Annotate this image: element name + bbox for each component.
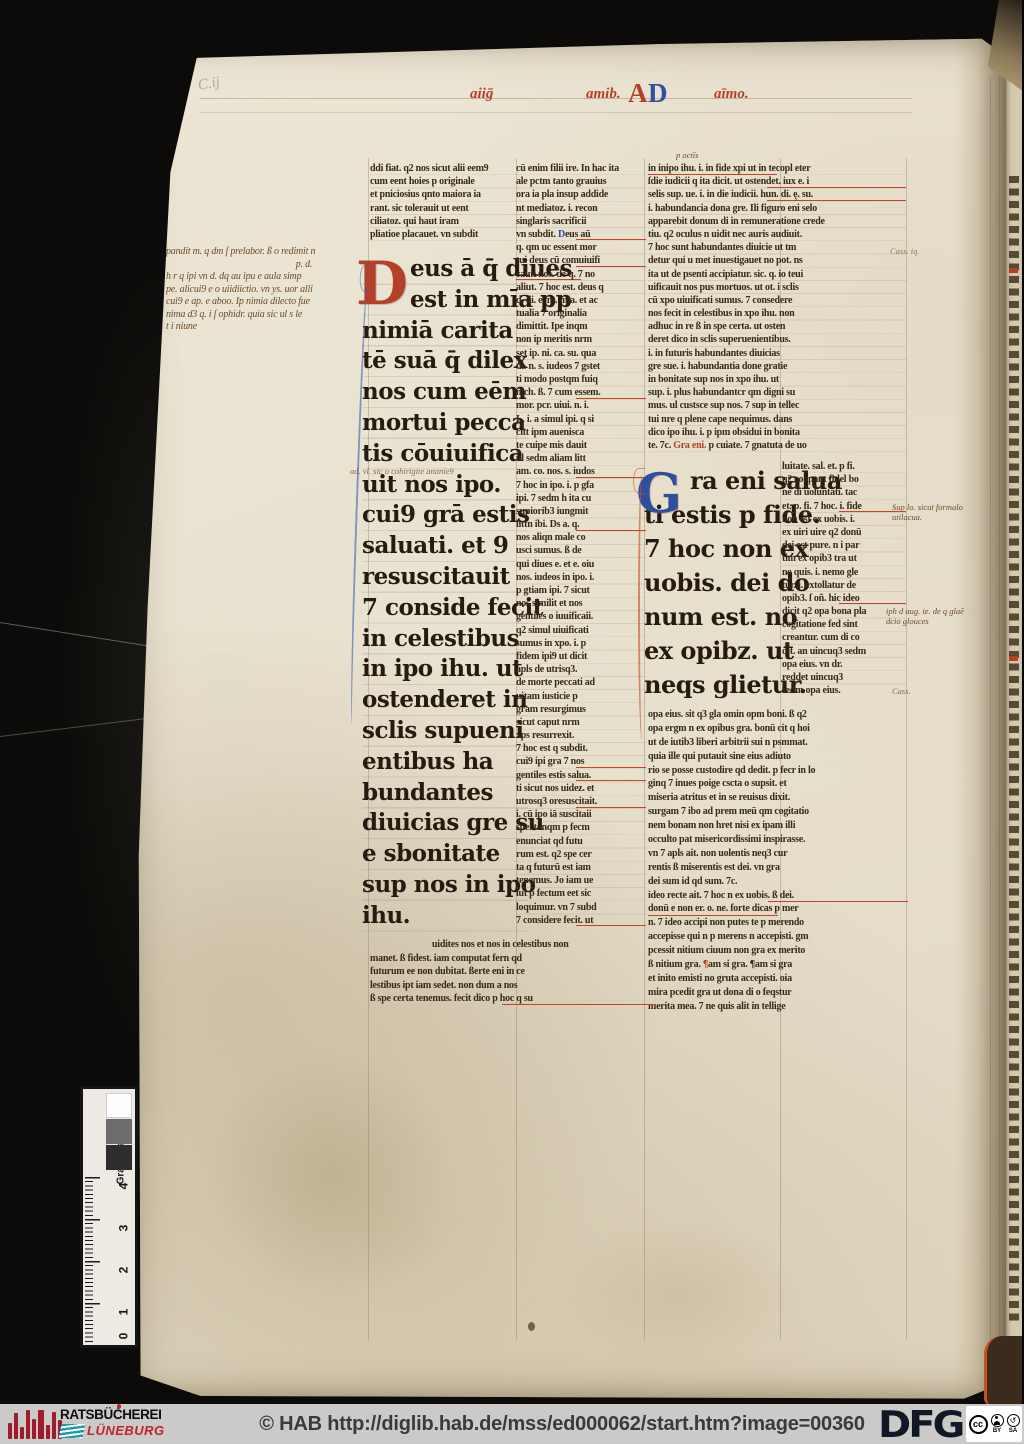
text-line: et. p. fi. 7 hoc. i. fide <box>782 500 906 513</box>
column-c-side-gloss: luitate. sal. et. p fi.q2 coopant fidel … <box>782 460 906 697</box>
text-line: ß spe certa tenemus. fecit dico p hoc q … <box>370 992 656 1006</box>
logo-pipe <box>38 1410 44 1439</box>
ink-blot <box>528 1322 535 1331</box>
next-folio-text-edge <box>1009 176 1019 1326</box>
text-line: detur qui u met inuestigauet no pot. ns <box>648 254 906 267</box>
text-line: uit nos ipo. <box>362 470 528 501</box>
text-line: i. habundancia dona gre. Ili figuro eni … <box>648 202 906 215</box>
text-line: cauit nos. de q. 7 no <box>516 268 646 281</box>
text-line: ul sedm aliam litt <box>516 452 646 465</box>
logo-pipe <box>46 1425 50 1439</box>
text-line: 4 <box>117 1183 131 1190</box>
text-line: e sbonitate <box>362 839 528 870</box>
patch-mid-gray <box>106 1119 132 1144</box>
text-line: merita mea. 7 ne quis alit in tellige <box>648 1000 908 1014</box>
text-line: diuicias gre su <box>362 808 528 839</box>
text-line: nos fecit in celestibus in xpo ihu. non <box>648 307 906 320</box>
text-line: nimiā carita <box>362 316 528 347</box>
text-line: 7 hoc est q subdit. <box>516 742 646 755</box>
text-line: uificauit nos pus mortuos. ut ot. i scli… <box>648 281 906 294</box>
text-line: i. in futuris habundantes diuicias <box>648 347 906 360</box>
text-line: ta q futurū est iam <box>516 861 646 874</box>
text-line: creantur. cum di co <box>782 631 906 644</box>
text-line: in inipo ihu. i. in fide xpi ut in tecop… <box>648 162 906 175</box>
copyright-url-text: © HAB http://diglib.hab.de/mss/ed000062/… <box>232 1413 892 1436</box>
text-line: sclis supueni <box>362 716 528 747</box>
text-line: q2 simul uiuificati <box>516 624 646 637</box>
text-line: tenemus. Jo iam ue <box>516 874 646 887</box>
pencil-folio-mark: C.ij <box>197 74 222 95</box>
text-line: de morte peccati ad <box>516 676 646 689</box>
text-line: q. qm uc essent mor <box>516 241 646 254</box>
text-line: est in mīa pp <box>410 285 528 316</box>
text-line: utrosq3 oresuscitait. <box>516 795 646 808</box>
text-line: pliatioe placauet. vn subdit <box>370 228 522 241</box>
text-line: sedm opa eius. <box>782 684 906 697</box>
text-line: fidem ipi9 ut dicit <box>516 650 646 663</box>
text-line: ideo recte ait. 7 hoc n ex uobis. ß dei. <box>648 889 908 903</box>
ruler-numbers: 43210 <box>111 1177 127 1345</box>
text-line: aliut. 7 hoc est. deus q <box>516 281 646 294</box>
text-line: cogitatione fed sint <box>782 618 906 631</box>
text-line: miseria atritus et in se reuisus dixit. <box>648 791 908 805</box>
text-line: nos. iudeos in ipo. i. <box>516 571 646 584</box>
logo-pipe <box>26 1410 30 1439</box>
text-line: apls de utrisq3. <box>516 663 646 676</box>
header-ruling-line <box>200 112 912 113</box>
logo-pipe <box>14 1413 18 1439</box>
text-line: nt mediatoz. i. recon <box>516 202 646 215</box>
text-line: di. n. s. iudeos 7 gstet <box>516 360 646 373</box>
text-line: dimittit. Ipe inqm <box>516 320 646 333</box>
column-c-bottom-gloss: opa eius. sit q3 gla omin opm boni. ß q2… <box>648 708 908 1014</box>
text-line: gentiles o iuuificaii. <box>516 610 646 623</box>
running-title-initial-d: D <box>648 78 668 109</box>
text-line: luitate. sal. et. p fi. <box>782 460 906 473</box>
text-line: vn 7 apls ait. non uolentis neq3 cur <box>648 847 908 861</box>
text-line: ex uiri uire q2 donū <box>782 526 906 539</box>
text-line: dicit q2 opa bona pla <box>782 605 906 618</box>
text-line: bundantes <box>362 778 528 809</box>
text-line: num est. no <box>644 600 790 634</box>
text-line: quia ille qui putauit sine eius adiuto <box>648 750 908 764</box>
text-line: 7 hoc sunt habundantes diuicie ut tm <box>648 241 906 254</box>
text-line: mortui pecca <box>362 408 528 439</box>
text-line: donū e non er. o. ne. forte dicas p mer <box>648 902 908 916</box>
text-line: deret dico in sclis superuenientibus. <box>648 333 906 346</box>
text-line: L. i. a simul ipi. q si <box>516 413 646 426</box>
text-line: cum eent hoies p originale <box>370 175 522 188</box>
text-line: gram resurgimus <box>516 703 646 716</box>
text-line: 0 <box>117 1333 131 1340</box>
text-line: d. di. e. m. mia. et ac <box>516 294 646 307</box>
text-line: selis sup. ue. i. in die iudicii. hun. d… <box>648 188 906 201</box>
text-line: n. 7 ideo accipi non putes te p merendo <box>648 916 908 930</box>
text-line: i. cū ipo iā suscitaii <box>516 808 646 821</box>
column-a-display-text: D eus ā q̄ diuesest in mīa ppnimiā carit… <box>362 254 528 932</box>
library-name: RATSBÜCHEREI LÜNEBURG <box>60 1407 190 1438</box>
library-name-line1: RATSBÜCHEREI <box>60 1407 190 1422</box>
text-line: ne quis. i. nemo gle <box>782 566 906 579</box>
text-line: sicut caput nrm <box>516 716 646 729</box>
logo-pipe <box>32 1419 36 1439</box>
text-line: eus ā q̄ diues <box>410 254 528 285</box>
running-title-mid: amib. <box>586 86 621 103</box>
column-b-gloss: cū enim filii ire. In hac itaale pctm ta… <box>516 162 646 927</box>
text-line: tis cōuiuifica <box>362 439 528 470</box>
cc-license-badge: cc BY ↺ SA <box>966 1406 1022 1442</box>
text-line: 3 <box>117 1225 131 1232</box>
text-line: neqs glietur. <box>644 668 790 702</box>
footer-bar: RATSBÜCHEREI LÜNEBURG © HAB http://digli… <box>0 1404 1024 1444</box>
text-line: 7 considere fecit. ut <box>516 914 646 927</box>
header-ruling-line <box>200 98 912 99</box>
text-line: te cuipe mis dauit <box>516 439 646 452</box>
text-line: ti sicut nos uidez. et <box>516 782 646 795</box>
text-line: 2 <box>117 1267 131 1274</box>
running-title-initial-a: A <box>628 78 648 109</box>
text-line: non ip meritis nrm <box>516 333 646 346</box>
text-line: loquimur. vn 7 subd <box>516 901 646 914</box>
text-line: xps resurrexit. <box>516 729 646 742</box>
text-line: tiu. q2 oculus n uidit nec auris audiuit… <box>648 228 906 241</box>
logo-pipe <box>52 1412 56 1439</box>
text-line: spe. tanqm p fecm <box>516 821 646 834</box>
text-line: rant. sic tolerauit ut eent <box>370 202 522 215</box>
text-line: ipi. 7 sedm h ita cu <box>516 492 646 505</box>
text-line: ora ia pla insup addide <box>516 188 646 201</box>
ratsbuecherei-pipes-logo <box>8 1409 62 1439</box>
umlaut-accent <box>117 1404 121 1409</box>
text-line: pcessit nitium ciuum non gra ex merito <box>648 944 908 958</box>
text-line: 1 <box>117 1309 131 1316</box>
text-line: q2 coopant fidel bo <box>782 473 906 486</box>
text-line: 7 hoc non ex <box>644 532 790 566</box>
text-line: ostenderet in <box>362 685 528 716</box>
text-line: gentiles estis salua. <box>516 769 646 782</box>
parchment-stain <box>510 1186 850 1406</box>
open-book-icon <box>59 1424 86 1438</box>
text-line: ex opibz. ut <box>644 634 790 668</box>
grayscale-calibration-bar: Gray Scale 43210 <box>80 1086 138 1348</box>
text-line: tur. i. extollatur de <box>782 579 906 592</box>
text-line: dico ipo ihu. i. p ipm obsidui in bonita <box>648 426 906 439</box>
text-line: manet. ß fidest. iam computat fern qd <box>370 952 656 966</box>
text-line: opib3. ſ oñ. hic ideo <box>782 592 906 605</box>
text-line: lut p fectum eet sic <box>516 887 646 900</box>
text-line: in bonitate sup nos in xpo ihu. ut <box>648 373 906 386</box>
column-a-top-gloss: ddi fiat. q2 nos sicut alii eem9cum eent… <box>370 162 522 241</box>
text-line: opa eius. vn dr. <box>782 658 906 671</box>
ruler-major-ticks <box>85 1177 100 1345</box>
text-line: ra eni salua <box>690 464 790 498</box>
text-line: ut de iutib3 liberi arbitrii sui n psmma… <box>648 736 908 750</box>
text-line: sup nos in ipo <box>362 870 528 901</box>
dfg-logo: DFG <box>878 1404 962 1444</box>
text-line: et pniciosius qnto maiora ia <box>370 188 522 201</box>
column-a-bottom-gloss: uidites nos et nos in celestibus nonmane… <box>370 938 656 1006</box>
text-line: am. co. nos. s. iudos <box>516 465 646 478</box>
running-title-right: aīmo. <box>714 86 749 103</box>
text-line: accepisse qui n p merens n accepisti. gm <box>648 930 908 944</box>
text-line: enunciat qd futu <box>516 835 646 848</box>
cc-icon: cc <box>969 1415 988 1434</box>
text-line: entibus ha <box>362 747 528 778</box>
text-line: ale pctm tanto grauius <box>516 175 646 188</box>
text-line: saluati. et 9 <box>362 531 528 562</box>
text-line: et inito emisti no gruta accepisti. oia <box>648 972 908 986</box>
grayscale-ruler: 43210 <box>83 1177 135 1345</box>
text-line: rentis ß miserentis est dei. vn gra <box>648 861 908 875</box>
text-line: uidites nos et nos in celestibus non <box>432 938 656 952</box>
text-line: tui deus cū comuiuifi <box>516 254 646 267</box>
text-line: nich. ß. 7 cum essem. <box>516 386 646 399</box>
text-line: ihu. <box>362 901 528 932</box>
grayscale-patches <box>106 1093 132 1171</box>
text-line: apparebit donum di in remuneratione cred… <box>648 215 906 228</box>
text-line: futurum ee non dubitat. ßerte eni in ce <box>370 965 656 979</box>
text-line: ß nitium gra. ¶am si gra. ¶am si gra <box>648 958 908 972</box>
text-line: nem bonam non hret nisi ex ipam illi <box>648 819 908 833</box>
text-line: 7 hoc in ipo. i. p gfa <box>516 479 646 492</box>
text-line: citt ipm auenisca <box>516 426 646 439</box>
text-line: in celestibus <box>362 624 528 655</box>
text-line: dit. an uincuq3 sedm <box>782 645 906 658</box>
text-line: cui9 ipi gra 7 nos <box>516 755 646 768</box>
text-line: nos cum eēm <box>362 377 528 408</box>
text-line: ſdie iudicii q ita dicit. ut ostendet. i… <box>648 175 906 188</box>
book-cover-bottom-right <box>984 1336 1024 1406</box>
text-line: rum est. q2 spe cer <box>516 848 646 861</box>
text-line: mira pcedit gra ut dona di o feqstur <box>648 986 908 1000</box>
interlinear-note: p octīs <box>676 150 698 160</box>
text-line: cū enim filii ire. In hac ita <box>516 162 646 175</box>
text-line: ciliatoz. qui haut iram <box>370 215 522 228</box>
patch-dark-gray <box>106 1145 132 1170</box>
text-line: singlaris sacrificii <box>516 215 646 228</box>
red-penwork-flourish <box>638 474 646 740</box>
text-line: surgam 7 ibo ad prem meū qm cogitatio <box>648 805 908 819</box>
text-line: ginq 7 inues poige cscta o supsit. et <box>648 777 908 791</box>
text-line: ne di uoluntati. tac <box>782 486 906 499</box>
next-folio-edge <box>1006 56 1022 1352</box>
text-line: opa ergm n ex opibus gra. bonū cit q hoi <box>648 722 908 736</box>
text-line: littn ibi. Ds a. q. <box>516 518 646 531</box>
text-line: tui nre q plene cape nequimus. dans <box>648 413 906 426</box>
text-line: qui diues e. et e. oiu <box>516 558 646 571</box>
column-c-top-gloss: in inipo ihu. i. in fide xpi ut in tecop… <box>648 162 906 452</box>
text-line: lestibus ipt iam sedet. non dum a nos <box>370 979 656 993</box>
text-line: in ipo ihu. ut <box>362 654 528 685</box>
text-line: tualia 7 originalia <box>516 307 646 320</box>
text-line: reddet uincuq3 <box>782 671 906 684</box>
text-line: resuscitauit <box>362 562 528 593</box>
text-line: adhuc in re ß in spe certa. ut osten <box>648 320 906 333</box>
logo-pipe <box>8 1423 12 1439</box>
text-line: te. 7c. Gra eni. p cuiate. 7 gnatuta de … <box>648 439 906 452</box>
cc-by-label: BY <box>993 1428 1001 1435</box>
text-line: nos aliqn male co <box>516 531 646 544</box>
cc-sa-arrow-icon: ↺ <box>1007 1414 1020 1427</box>
text-line: p gtiam ipi. 7 sicut <box>516 584 646 597</box>
column-c-display-text: G ra eni saluati estis p fide.7 hoc non … <box>644 464 790 702</box>
text-line: cū xpo uiuificati sumus. 7 consedere <box>648 294 906 307</box>
running-title-left: aiiḡ <box>470 86 493 103</box>
text-line: ddi fiat. q2 nos sicut alii eem9 <box>370 162 522 175</box>
text-line: dei sum id qd sum. 7c. <box>648 875 908 889</box>
patch-white <box>106 1093 132 1118</box>
parchment-stain <box>150 996 510 1356</box>
text-line: ti modo postqm fuiq <box>516 373 646 386</box>
text-line: usci sumus. ß de <box>516 544 646 557</box>
logo-pipe <box>20 1427 24 1439</box>
text-line: opa eius. sit q3 gla omin opm boni. ß q2 <box>648 708 908 722</box>
text-line: tim ex opib3 tra ut <box>782 552 906 565</box>
page-stack-streaks <box>982 76 1008 1380</box>
library-name-line2: LÜNEBURG <box>87 1423 165 1438</box>
manuscript-page: aiiḡ amib. A D aīmo. C.ij p octīs pandit… <box>130 36 1008 1400</box>
text-line: occulto pat misericordissimi inspirasse. <box>648 833 908 847</box>
text-line: dei est pure. n i par <box>782 539 906 552</box>
text-line: cui9 grā estis <box>362 500 528 531</box>
text-line: mus. ul custsce sup nos. 7 sup in tellec <box>648 399 906 412</box>
text-line: mor. pcr. uiui. n. i. <box>516 399 646 412</box>
text-line: ita ut de psenti accipiatur. sic. q. io … <box>648 268 906 281</box>
text-line: gre sue. i. habundantia done gratie <box>648 360 906 373</box>
cc-sa-label: SA <box>1009 1428 1017 1435</box>
text-line: 7 conside fecit <box>362 593 528 624</box>
text-line: supiorib3 iungmit <box>516 505 646 518</box>
cc-by-person-icon <box>991 1414 1004 1427</box>
scan-stage: aiiḡ amib. A D aīmo. C.ij p octīs pandit… <box>0 0 1024 1444</box>
text-line: uobis. dei do <box>644 566 790 600</box>
text-line: sumus in xpo. i. p <box>516 637 646 650</box>
text-line: nos similit et nos <box>516 597 646 610</box>
text-line: tē suā q̄ dilex <box>362 346 528 377</box>
text-line: rio se posse custodire qd dedit. p fecr … <box>648 764 908 778</box>
text-line: non est ex uobis. i. <box>782 513 906 526</box>
text-line: vn subdit. Deus aū <box>516 228 646 241</box>
text-line: uitam iusticie p <box>516 690 646 703</box>
text-line: sup. i. plus habundantcr qm digni su <box>648 386 906 399</box>
text-line: set ip. ni. ca. su. qua <box>516 347 646 360</box>
